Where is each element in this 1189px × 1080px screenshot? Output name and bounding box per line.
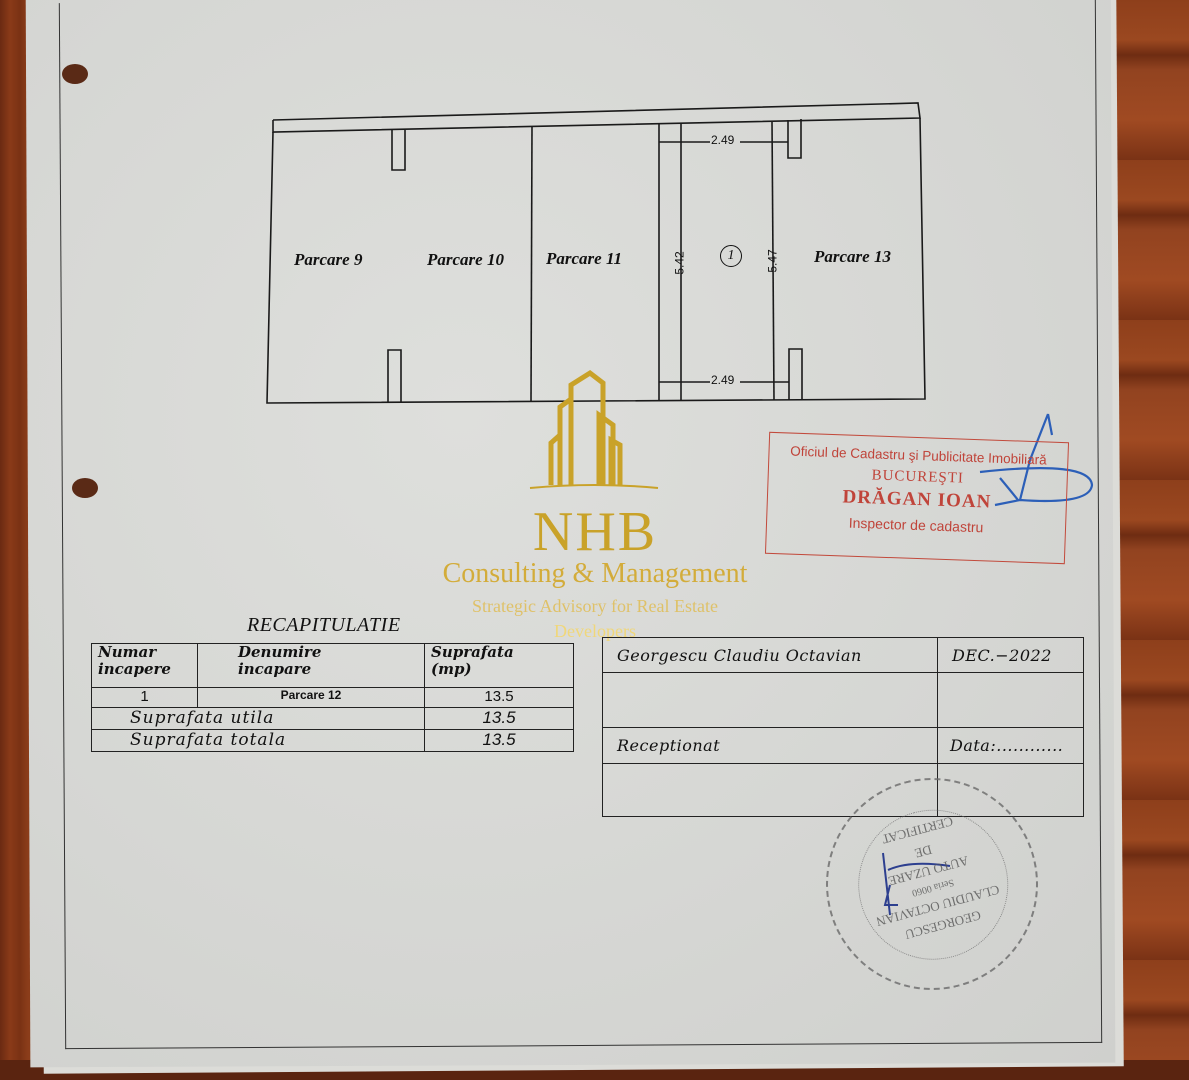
stamp-inspector-role: Inspector de cadastru <box>767 512 1065 538</box>
dimension-left-length: 5.42 <box>673 251 687 274</box>
total-area-value: 13.5 <box>425 730 574 752</box>
received-date-label: Data:............ <box>938 728 1084 764</box>
recap-table: Numar incapere Denumire incapare Suprafa… <box>91 643 574 752</box>
dimension-top-width: 2.49 <box>711 133 734 147</box>
header-area: Suprafata (mp) <box>425 644 574 688</box>
room-label-parcare-9: Parcare 9 <box>294 250 362 270</box>
cell-room-number: 1 <box>92 688 198 708</box>
author-empty-cell <box>938 673 1084 728</box>
room-label-parcare-13: Parcare 13 <box>814 247 891 267</box>
unit-number-badge: 1 <box>720 245 742 267</box>
table-row: 1 Parcare 12 13.5 <box>92 688 574 708</box>
recap-title: RECAPITULATIE <box>247 614 401 637</box>
drawing-date: DEC.−2022 <box>938 638 1084 673</box>
room-label-parcare-10: Parcare 10 <box>427 250 504 270</box>
cell-room-area: 13.5 <box>425 688 574 708</box>
signature-table: Georgescu Claudiu Octavian DEC.−2022 Rec… <box>602 637 1084 817</box>
table-row-useful: Suprafata utila 13.5 <box>92 708 574 730</box>
total-area-label: Suprafata totala <box>92 730 425 752</box>
cadastre-stamp: Oficiul de Cadastru şi Publicitate Imobi… <box>765 432 1069 564</box>
watermark-tagline: Consulting & Management <box>400 558 790 590</box>
author-signature-cell <box>603 673 938 728</box>
watermark-subtitle-1: Strategic Advisory for Real Estate <box>400 596 790 617</box>
cell-room-name: Parcare 12 <box>198 688 425 708</box>
nhb-watermark: NHB Consulting & Management Strategic Ad… <box>400 365 790 642</box>
useful-area-value: 13.5 <box>425 708 574 730</box>
building-logo-icon <box>400 365 790 495</box>
header-room-number: Numar incapere <box>92 644 198 688</box>
received-label: Receptionat <box>603 728 938 764</box>
dimension-right-length: 5.47 <box>766 249 780 272</box>
header-room-name: Denumire incapare <box>198 644 425 688</box>
useful-area-label: Suprafata utila <box>92 708 425 730</box>
author-name: Georgescu Claudiu Octavian <box>603 638 938 673</box>
table-row-total: Suprafata totala 13.5 <box>92 730 574 752</box>
watermark-brand: NHB <box>400 500 790 564</box>
room-label-parcare-11: Parcare 11 <box>546 249 622 269</box>
